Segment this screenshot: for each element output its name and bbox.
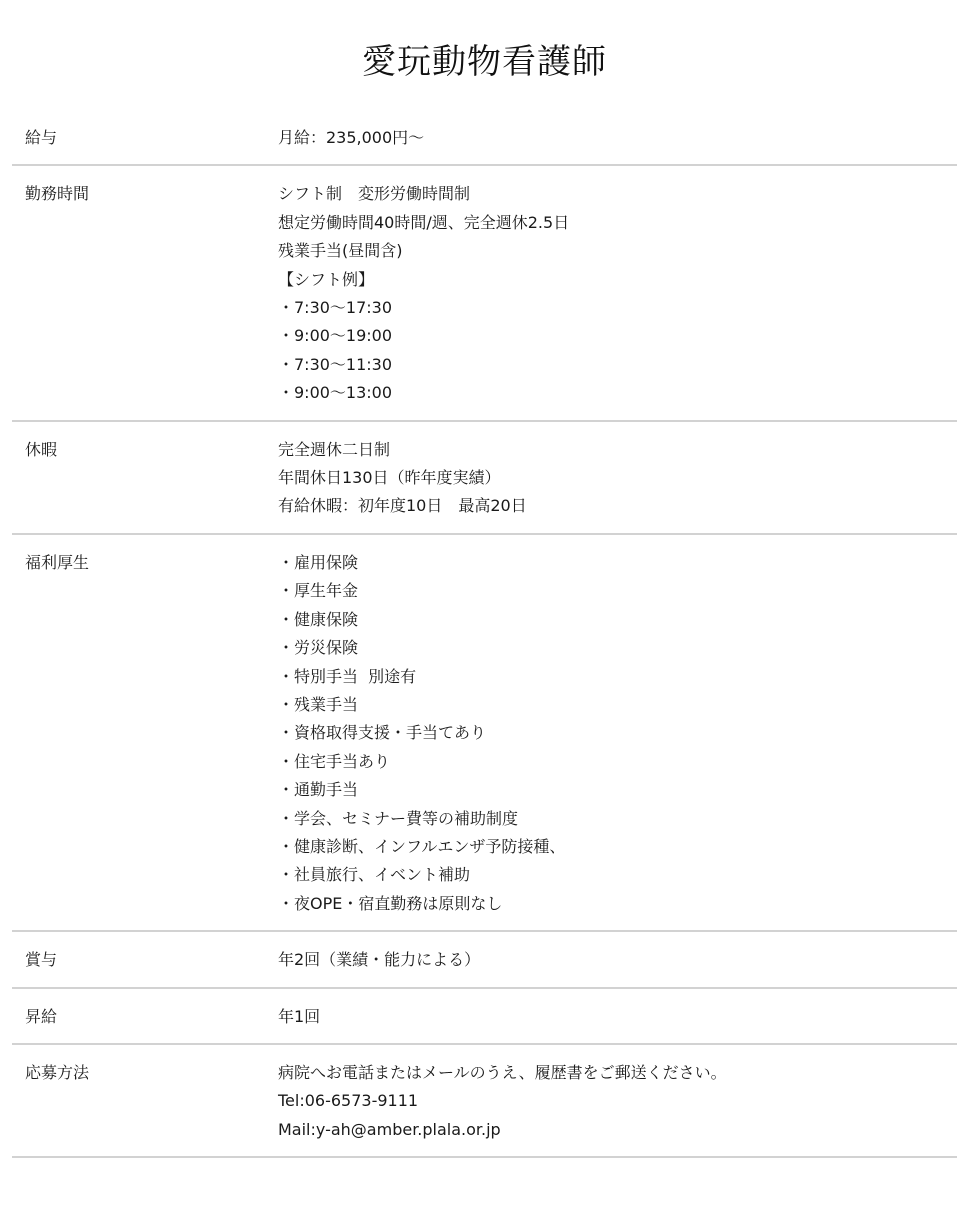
holidays-value: 完全週休二日制 年間休日130日（昨年度実績） 有給休暇：初年度10日 最高20… bbox=[278, 421, 957, 534]
benefit-item: ・夜OPE・宿直勤務は原則なし bbox=[278, 890, 957, 918]
application-method-row: 応募方法 病院へお電話またはメールのうえ、履歴書をご郵送ください。 Tel:06… bbox=[12, 1044, 957, 1157]
value-line: 【シフト例】 bbox=[278, 266, 957, 294]
value-line: 完全週休二日制 bbox=[278, 436, 957, 464]
value-line: 想定労働時間40時間/週、完全週休2.5日 bbox=[278, 209, 957, 237]
benefit-item: ・通勤手当 bbox=[278, 776, 957, 804]
value-line: 残業手当(昼間含) bbox=[278, 237, 957, 265]
benefit-item: ・学会、セミナー費等の補助制度 bbox=[278, 805, 957, 833]
benefit-item: ・健康診断、インフルエンザ予防接種、 bbox=[278, 833, 957, 861]
salary-label: 給与 bbox=[12, 110, 278, 165]
bonus-label: 賞与 bbox=[12, 931, 278, 987]
shift-example: ・7:30～17:30 bbox=[278, 294, 957, 322]
benefit-item: ・社員旅行、イベント補助 bbox=[278, 861, 957, 889]
value-line: 有給休暇：初年度10日 最高20日 bbox=[278, 492, 957, 520]
value-line: 年間休日130日（昨年度実績） bbox=[278, 464, 957, 492]
working-hours-value: シフト制 変形労働時間制 想定労働時間40時間/週、完全週休2.5日 残業手当(… bbox=[278, 165, 957, 420]
holidays-label: 休暇 bbox=[12, 421, 278, 534]
benefit-item: ・雇用保険 bbox=[278, 549, 957, 577]
email-address[interactable]: Mail:y-ah@amber.plala.or.jp bbox=[278, 1116, 957, 1144]
bonus-row: 賞与 年2回（業績・能力による） bbox=[12, 931, 957, 987]
value-line: 月給：235,000円～ bbox=[278, 124, 957, 152]
value-line: 年1回 bbox=[278, 1003, 957, 1031]
benefit-item: ・資格取得支援・手当てあり bbox=[278, 719, 957, 747]
benefits-value: ・雇用保険 ・厚生年金 ・健康保険 ・労災保険 ・特別手当 別途有 ・残業手当 … bbox=[278, 534, 957, 931]
phone-number[interactable]: Tel:06-6573-9111 bbox=[278, 1087, 957, 1115]
raise-label: 昇給 bbox=[12, 988, 278, 1044]
page-title: 愛玩動物看護師 bbox=[0, 38, 969, 86]
benefit-item: ・特別手当 別途有 bbox=[278, 663, 957, 691]
job-info-table: 給与 月給：235,000円～ 勤務時間 シフト制 変形労働時間制 想定労働時間… bbox=[12, 110, 957, 1158]
shift-example: ・9:00～19:00 bbox=[278, 322, 957, 350]
shift-example: ・9:00～13:00 bbox=[278, 379, 957, 407]
benefit-item: ・厚生年金 bbox=[278, 577, 957, 605]
shift-example: ・7:30～11:30 bbox=[278, 351, 957, 379]
application-instructions: 病院へお電話またはメールのうえ、履歴書をご郵送ください。 bbox=[278, 1059, 957, 1087]
working-hours-row: 勤務時間 シフト制 変形労働時間制 想定労働時間40時間/週、完全週休2.5日 … bbox=[12, 165, 957, 420]
benefit-item: ・労災保険 bbox=[278, 634, 957, 662]
working-hours-label: 勤務時間 bbox=[12, 165, 278, 420]
application-method-label: 応募方法 bbox=[12, 1044, 278, 1157]
salary-value: 月給：235,000円～ bbox=[278, 110, 957, 165]
application-method-value: 病院へお電話またはメールのうえ、履歴書をご郵送ください。 Tel:06-6573… bbox=[278, 1044, 957, 1157]
benefit-item: ・健康保険 bbox=[278, 606, 957, 634]
benefit-item: ・残業手当 bbox=[278, 691, 957, 719]
value-line: シフト制 変形労働時間制 bbox=[278, 180, 957, 208]
benefits-row: 福利厚生 ・雇用保険 ・厚生年金 ・健康保険 ・労災保険 ・特別手当 別途有 ・… bbox=[12, 534, 957, 931]
raise-value: 年1回 bbox=[278, 988, 957, 1044]
raise-row: 昇給 年1回 bbox=[12, 988, 957, 1044]
bonus-value: 年2回（業績・能力による） bbox=[278, 931, 957, 987]
benefits-label: 福利厚生 bbox=[12, 534, 278, 931]
holidays-row: 休暇 完全週休二日制 年間休日130日（昨年度実績） 有給休暇：初年度10日 最… bbox=[12, 421, 957, 534]
benefit-item: ・住宅手当あり bbox=[278, 748, 957, 776]
salary-row: 給与 月給：235,000円～ bbox=[12, 110, 957, 165]
value-line: 年2回（業績・能力による） bbox=[278, 946, 957, 974]
